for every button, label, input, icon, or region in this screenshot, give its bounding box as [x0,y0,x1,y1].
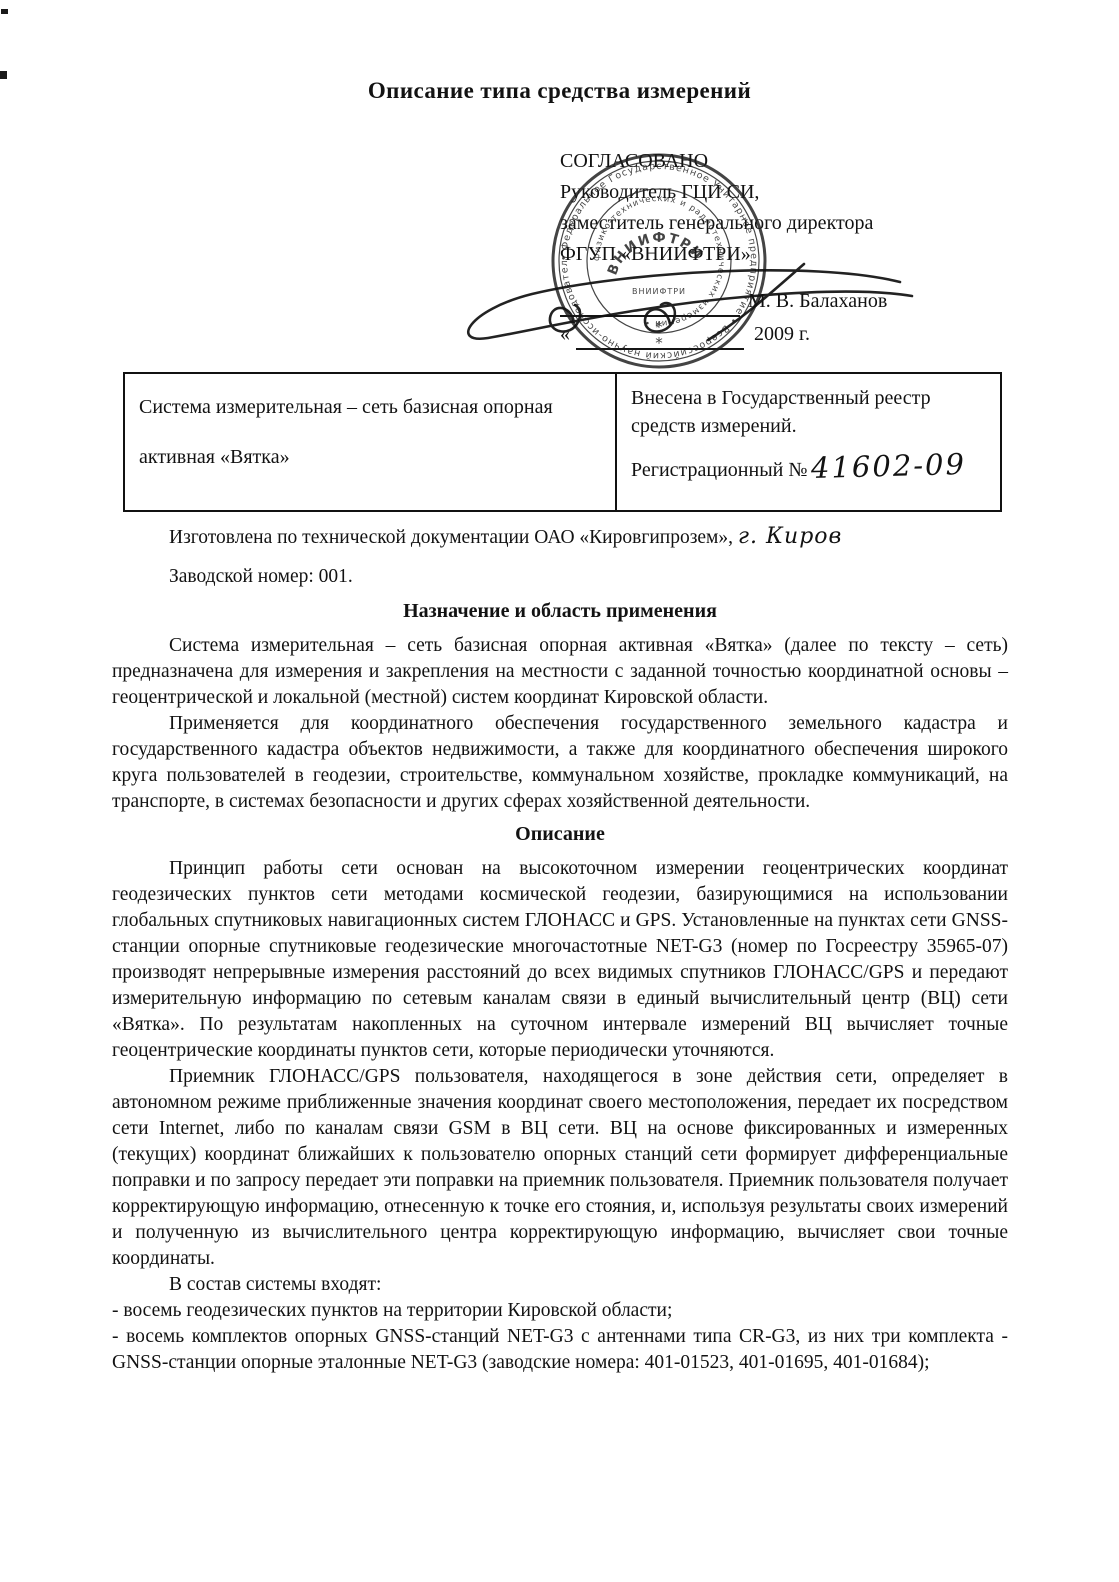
registration-number-row: Регистрационный №41602-09 [631,452,986,484]
manufacture-line: Изготовлена по технической документации … [112,524,1008,551]
system-composition-intro: В состав системы входят: [112,1272,1008,1298]
city-handwritten: г. Киров [738,524,842,549]
registry-table: Система измерительная – сеть базисная оп… [123,372,1002,512]
registry-cell: Внесена в Государственный реестр средств… [616,373,1001,511]
list-item: - восемь комплектов опорных GNSS-станций… [112,1324,1008,1376]
registry-note: Внесена в Государственный реестр средств… [631,384,986,440]
table-row: Система измерительная – сеть базисная оп… [124,373,1001,511]
section-heading-description: Описание [112,821,1008,847]
instrument-name-cell: Система измерительная – сеть базисная оп… [124,373,616,511]
paragraph: Система измерительная – сеть базисная оп… [112,633,1008,711]
document-page: Описание типа средства измерений СОГЛАСО… [0,0,1119,1582]
page-title: Описание типа средства измерений [0,78,1119,104]
list-item: - восемь геодезических пунктов на террит… [112,1298,1008,1324]
scan-artifact [1,9,8,14]
paragraph: Приемник ГЛОНАСС/GPS пользователя, наход… [112,1064,1008,1272]
paragraph: Применяется для координатного обеспечени… [112,711,1008,815]
handwritten-signature-icon [452,260,922,350]
document-body: Назначение и область применения Система … [112,592,1008,1376]
registration-number-label: Регистрационный № [631,459,807,481]
registration-number-handwritten: 41602-09 [811,450,967,482]
serial-number-line: Заводской номер: 001. [112,564,1008,590]
section-heading-purpose: Назначение и область применения [112,598,1008,624]
paragraph: Принцип работы сети основан на высокоточ… [112,856,1008,1064]
